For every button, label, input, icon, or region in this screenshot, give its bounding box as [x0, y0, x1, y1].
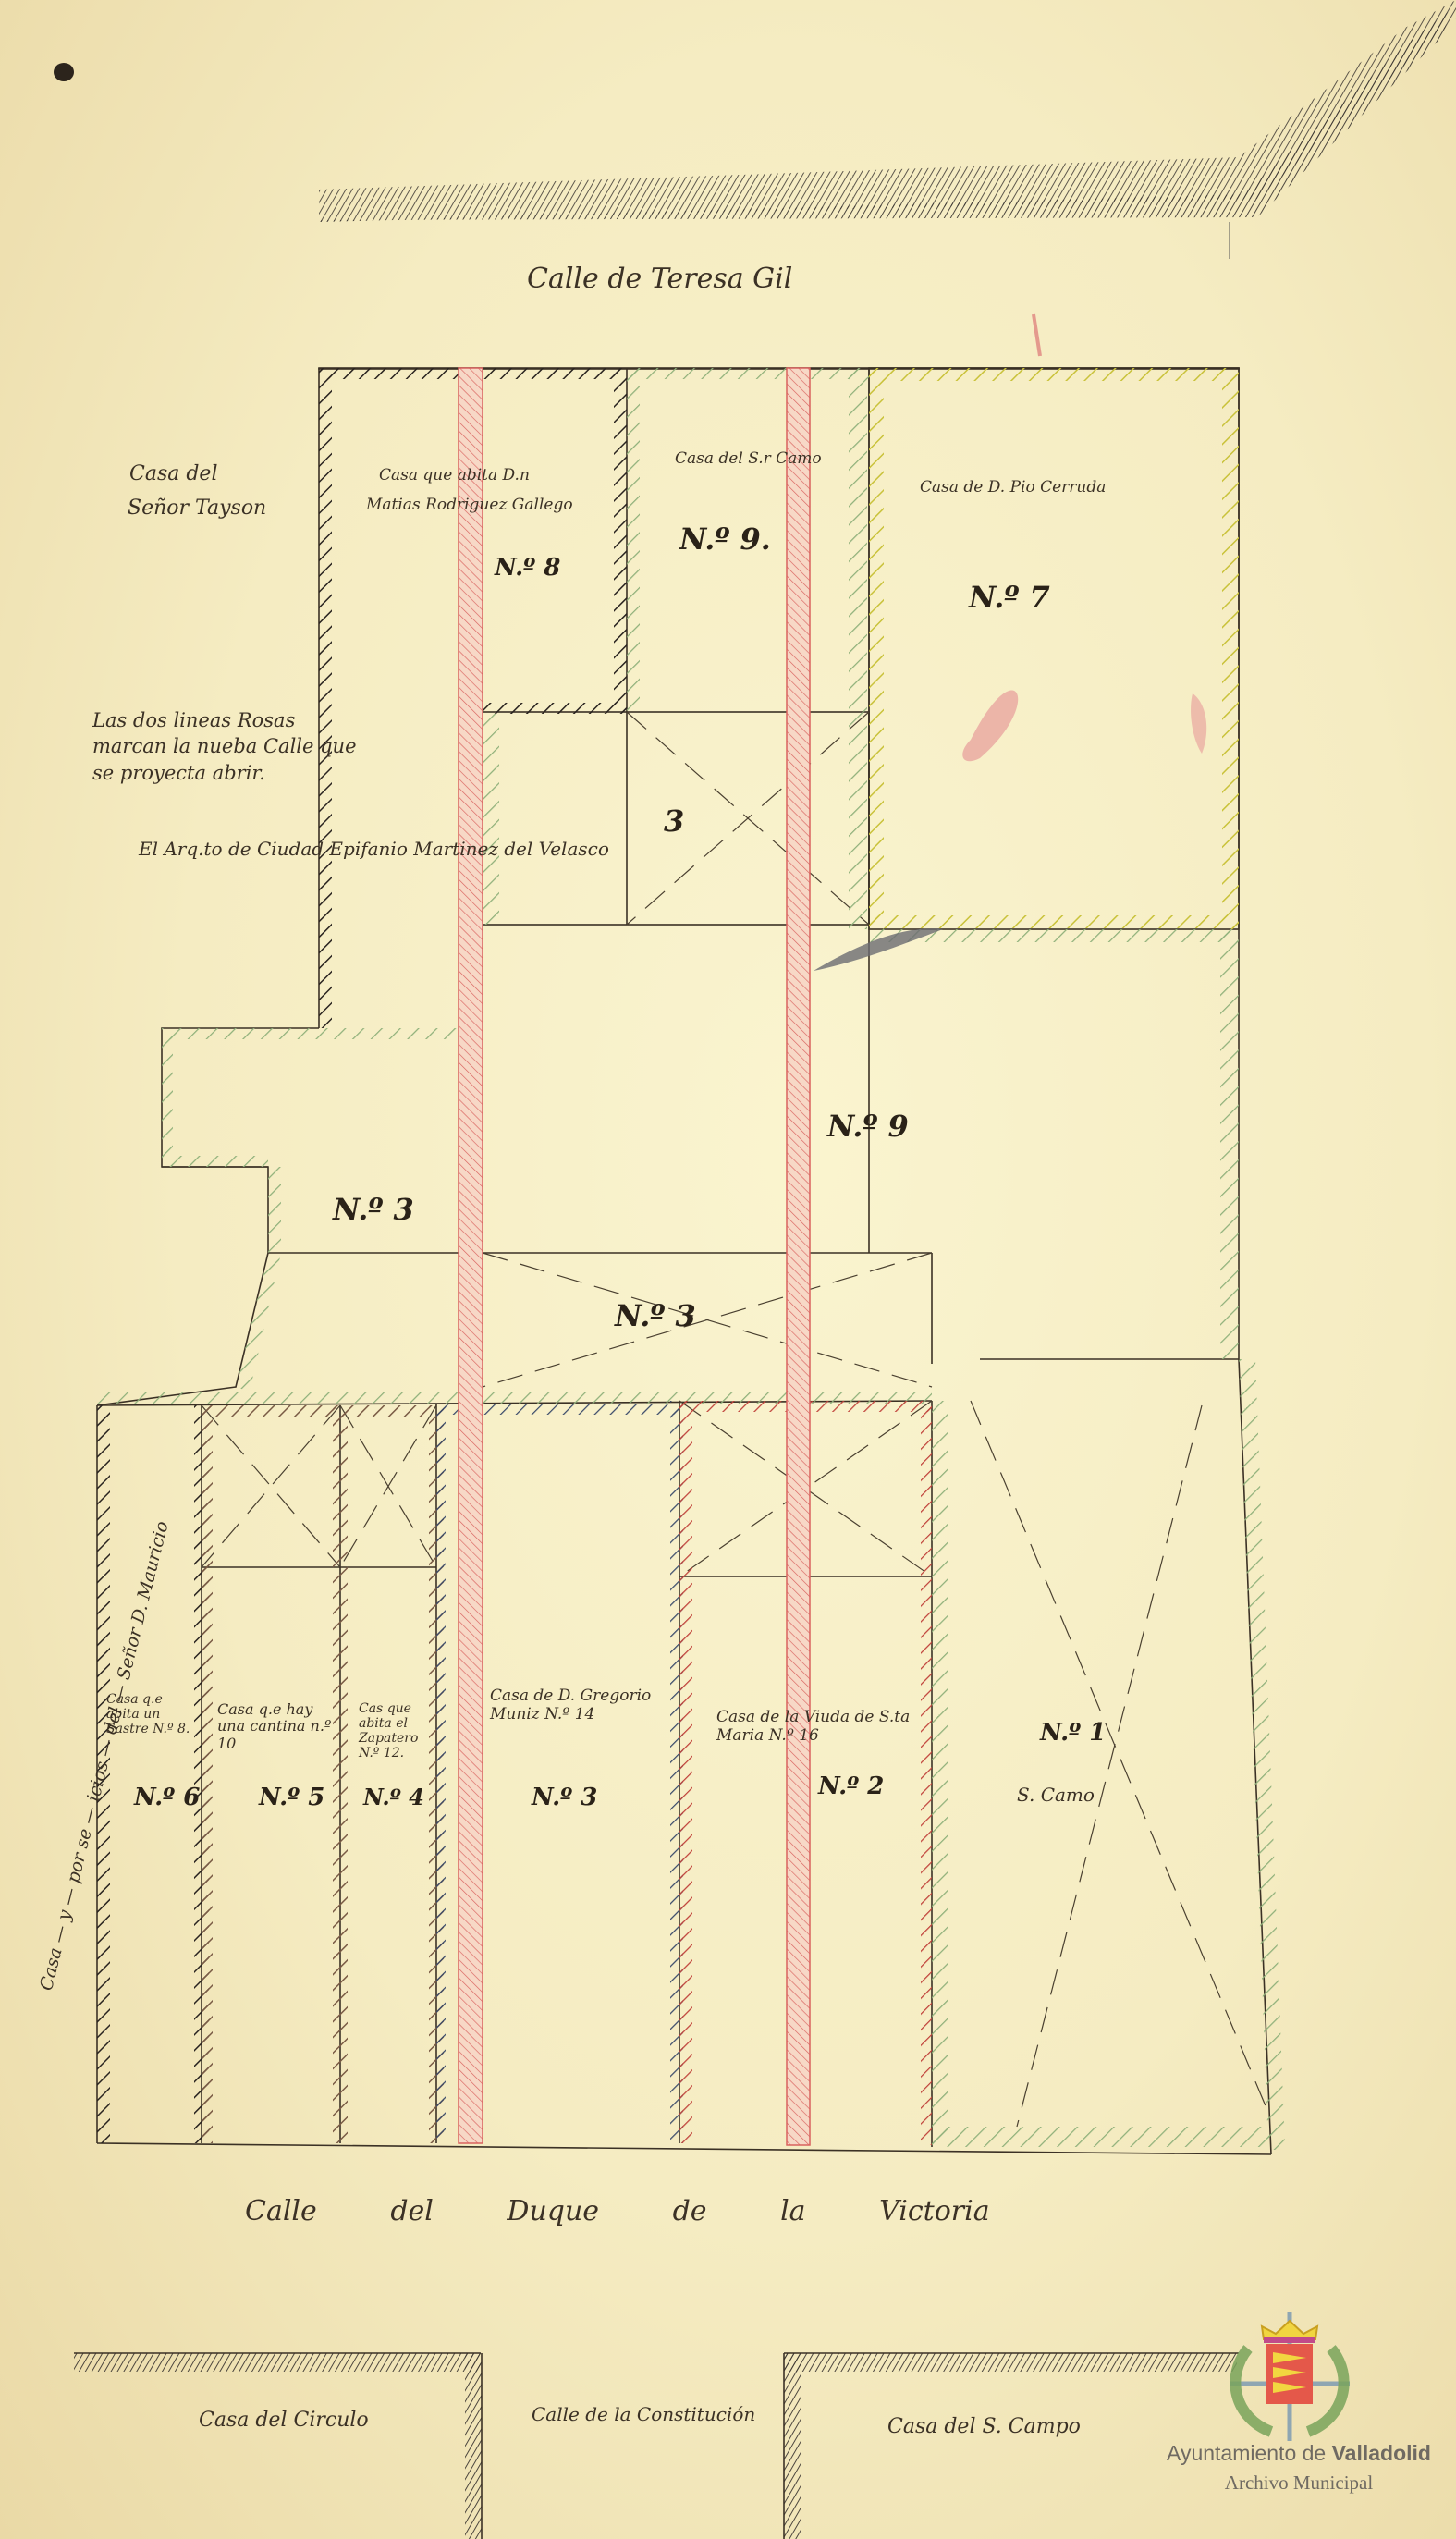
- archive-org-name: Valladolid: [1332, 2441, 1431, 2465]
- lot-number-3-mid: N.º 3: [615, 1299, 696, 1333]
- house-label-line: Casa del: [129, 462, 266, 485]
- lot-number-3-left: N.º 3: [333, 1193, 414, 1227]
- lot-number-3-top: 3: [664, 804, 684, 839]
- street-label-constitucion: Calle de la Constitución: [532, 2404, 755, 2425]
- lot-number-2: N.º 2: [818, 1773, 884, 1801]
- lot-number-8: N.º 8: [495, 555, 560, 583]
- house-label-cantina: Casa q.e hay una cantina n.º 10: [217, 1701, 337, 1752]
- site-plan-drawing: [0, 0, 1456, 2539]
- lot-number-9a: N.º 9.: [679, 522, 771, 557]
- ink-blot: [54, 63, 74, 81]
- plan-sheet: Calle de Teresa Gil Casa del Señor Tayso…: [0, 0, 1456, 2539]
- archive-watermark: Ayuntamiento de Valladolid Archivo Munic…: [1151, 2441, 1447, 2495]
- architect-signature: El Arq.to de Ciudad Epifanio Martinez de…: [139, 837, 370, 861]
- archive-subtitle: Archivo Municipal: [1151, 2472, 1447, 2495]
- house-label-campo: Casa del S. Campo: [887, 2415, 1081, 2438]
- house-label-line: Casa que abita D.n: [379, 467, 573, 485]
- house-label-circulo: Casa del Circulo: [199, 2409, 369, 2432]
- legend-note: Las dos lineas Rosas marcan la nueba Cal…: [92, 707, 370, 786]
- house-label-sastre: Casa q.e abita un Sastre N.º 8.: [106, 1692, 199, 1736]
- street-label-bottom: Calle del Duque de la Victoria: [245, 2196, 990, 2228]
- street-label-top: Calle de Teresa Gil: [527, 264, 792, 296]
- house-label-tayson: Casa del Señor Tayson: [129, 462, 266, 521]
- lot-number-4: N.º 4: [363, 1785, 424, 1810]
- house-label-cerruda: Casa de D. Pio Cerruda: [920, 479, 1106, 497]
- house-label-s-camo: S. Camo: [1017, 1785, 1095, 1806]
- top-boundary-hatch: [319, 0, 1456, 222]
- house-label-zapatero: Cas que abita el Zapatero N.º 12.: [359, 1701, 433, 1760]
- archive-org-prefix: Ayuntamiento de: [1167, 2441, 1332, 2465]
- wall-hatches: [97, 368, 1285, 2150]
- valladolid-coat-of-arms-icon: [1230, 2312, 1350, 2441]
- house-label-matias: Casa que abita D.n Matias Rodriguez Gall…: [379, 467, 573, 514]
- house-label-line: Matias Rodriguez Gallego: [366, 497, 573, 515]
- bottom-street-hatch: [74, 2353, 1239, 2539]
- lot-number-7: N.º 7: [969, 581, 1050, 615]
- house-label-viuda: Casa de la Viuda de S.ta Maria N.º 16: [716, 1709, 920, 1745]
- lot-number-6: N.º 6: [134, 1785, 200, 1812]
- lot-number-1: N.º 1: [1040, 1720, 1106, 1748]
- house-label-line: Señor Tayson: [128, 497, 266, 520]
- lot-number-5: N.º 5: [259, 1785, 324, 1812]
- lot-number-3: N.º 3: [532, 1785, 597, 1812]
- house-label-gregorio: Casa de D. Gregorio Muniz N.º 14: [490, 1687, 675, 1723]
- house-label-camo: Casa del S.r Camo: [675, 450, 822, 469]
- lot-number-9b: N.º 9: [827, 1110, 909, 1144]
- archive-org: Ayuntamiento de Valladolid: [1151, 2441, 1447, 2466]
